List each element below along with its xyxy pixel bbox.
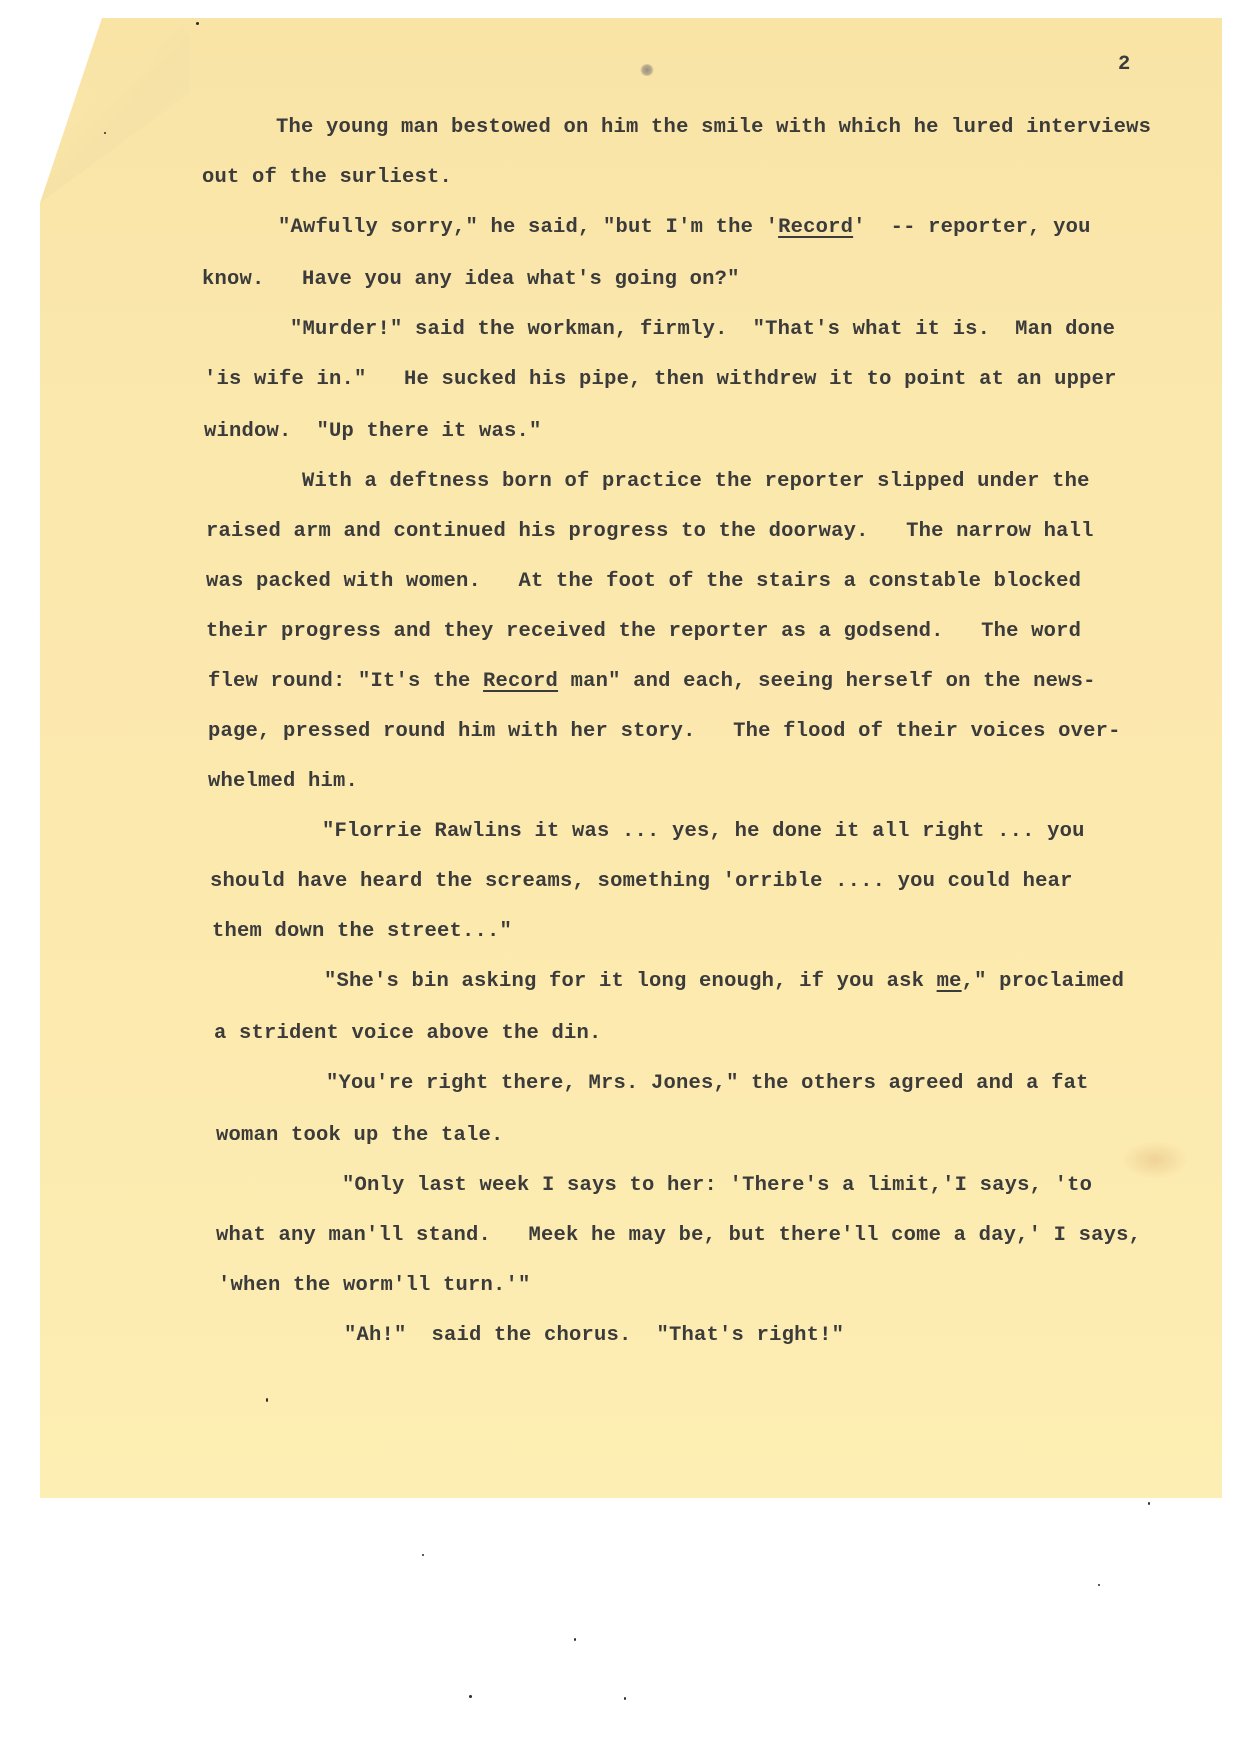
text-segment: ' -- reporter, you [853,216,1091,239]
text-segment: ," proclaimed [962,970,1125,993]
text-segment: a strident voice above the din. [214,1022,602,1045]
text-segment: their progress and they received the rep… [206,620,1081,643]
text-segment: man" and each, seeing herself on the new… [558,670,1096,693]
text-line: "Only last week I says to her: 'There's … [342,1176,1092,1197]
text-line: what any man'll stand. Meek he may be, b… [216,1226,1141,1247]
text-line: woman took up the tale. [216,1126,504,1147]
text-line: "Ah!" said the chorus. "That's right!" [344,1326,844,1347]
text-segment: "You're right there, Mrs. Jones," the ot… [326,1072,1089,1095]
text-segment: 'is wife in." He sucked his pipe, then w… [204,368,1117,391]
text-line: should have heard the screams, something… [210,872,1073,893]
text-line: window. "Up there it was." [204,422,542,443]
underlined-word: me [937,970,962,993]
ink-smudge [640,64,654,76]
scanned-page: 2 The young man bestowed on him the smil… [0,0,1240,1755]
paper-stain [1120,1140,1190,1180]
text-line: raised arm and continued his progress to… [206,522,1094,543]
text-segment: flew round: "It's the [208,670,483,693]
text-line: whelmed him. [208,772,358,793]
speck [104,132,106,134]
speck [1148,1502,1150,1505]
text-line: The young man bestowed on him the smile … [276,118,1151,139]
speck [266,1398,268,1402]
underlined-word: Record [778,216,853,239]
speck [1098,1584,1100,1586]
text-segment: 'when the worm'll turn.'" [218,1274,531,1297]
text-line: know. Have you any idea what's going on?… [202,270,740,291]
text-line: With a deftness born of practice the rep… [302,472,1090,493]
text-segment: "Ah!" said the chorus. "That's right!" [344,1324,844,1347]
text-line: "Florrie Rawlins it was ... yes, he done… [322,822,1085,843]
text-segment: "Awfully sorry," he said, "but I'm the ' [278,216,778,239]
text-line: "You're right there, Mrs. Jones," the ot… [326,1074,1089,1095]
text-segment: The young man bestowed on him the smile … [276,116,1151,139]
text-line: them down the street..." [212,922,512,943]
text-line: "Awfully sorry," he said, "but I'm the '… [278,218,1091,239]
text-segment: raised arm and continued his progress to… [206,520,1094,543]
text-line: their progress and they received the rep… [206,622,1081,643]
text-line: "Murder!" said the workman, firmly. "Tha… [290,320,1115,341]
text-segment: woman took up the tale. [216,1124,504,1147]
text-segment: page, pressed round him with her story. … [208,720,1121,743]
text-segment: whelmed him. [208,770,358,793]
text-segment: "Only last week I says to her: 'There's … [342,1174,1092,1197]
text-segment: them down the street..." [212,920,512,943]
text-segment: know. Have you any idea what's going on?… [202,268,740,291]
text-segment: "She's bin asking for it long enough, if… [324,970,937,993]
page-number: 2 [1118,55,1131,76]
speck [574,1638,576,1641]
speck [469,1695,472,1698]
text-line: was packed with women. At the foot of th… [206,572,1081,593]
speck [422,1554,424,1556]
text-segment: window. "Up there it was." [204,420,542,443]
text-segment: "Florrie Rawlins it was ... yes, he done… [322,820,1085,843]
text-line: out of the surliest. [202,168,452,189]
text-line: 'is wife in." He sucked his pipe, then w… [204,370,1117,391]
text-line: a strident voice above the din. [214,1024,602,1045]
text-segment: "Murder!" said the workman, firmly. "Tha… [290,318,1115,341]
text-line: page, pressed round him with her story. … [208,722,1121,743]
text-line: 'when the worm'll turn.'" [218,1276,531,1297]
text-segment: what any man'll stand. Meek he may be, b… [216,1224,1141,1247]
text-segment: was packed with women. At the foot of th… [206,570,1081,593]
text-line: flew round: "It's the Record man" and ea… [208,672,1096,693]
text-line: "She's bin asking for it long enough, if… [324,972,1124,993]
text-segment: out of the surliest. [202,166,452,189]
text-segment: With a deftness born of practice the rep… [302,470,1090,493]
text-segment: should have heard the screams, something… [210,870,1073,893]
speck [196,22,199,25]
speck [624,1697,626,1700]
underlined-word: Record [483,670,558,693]
